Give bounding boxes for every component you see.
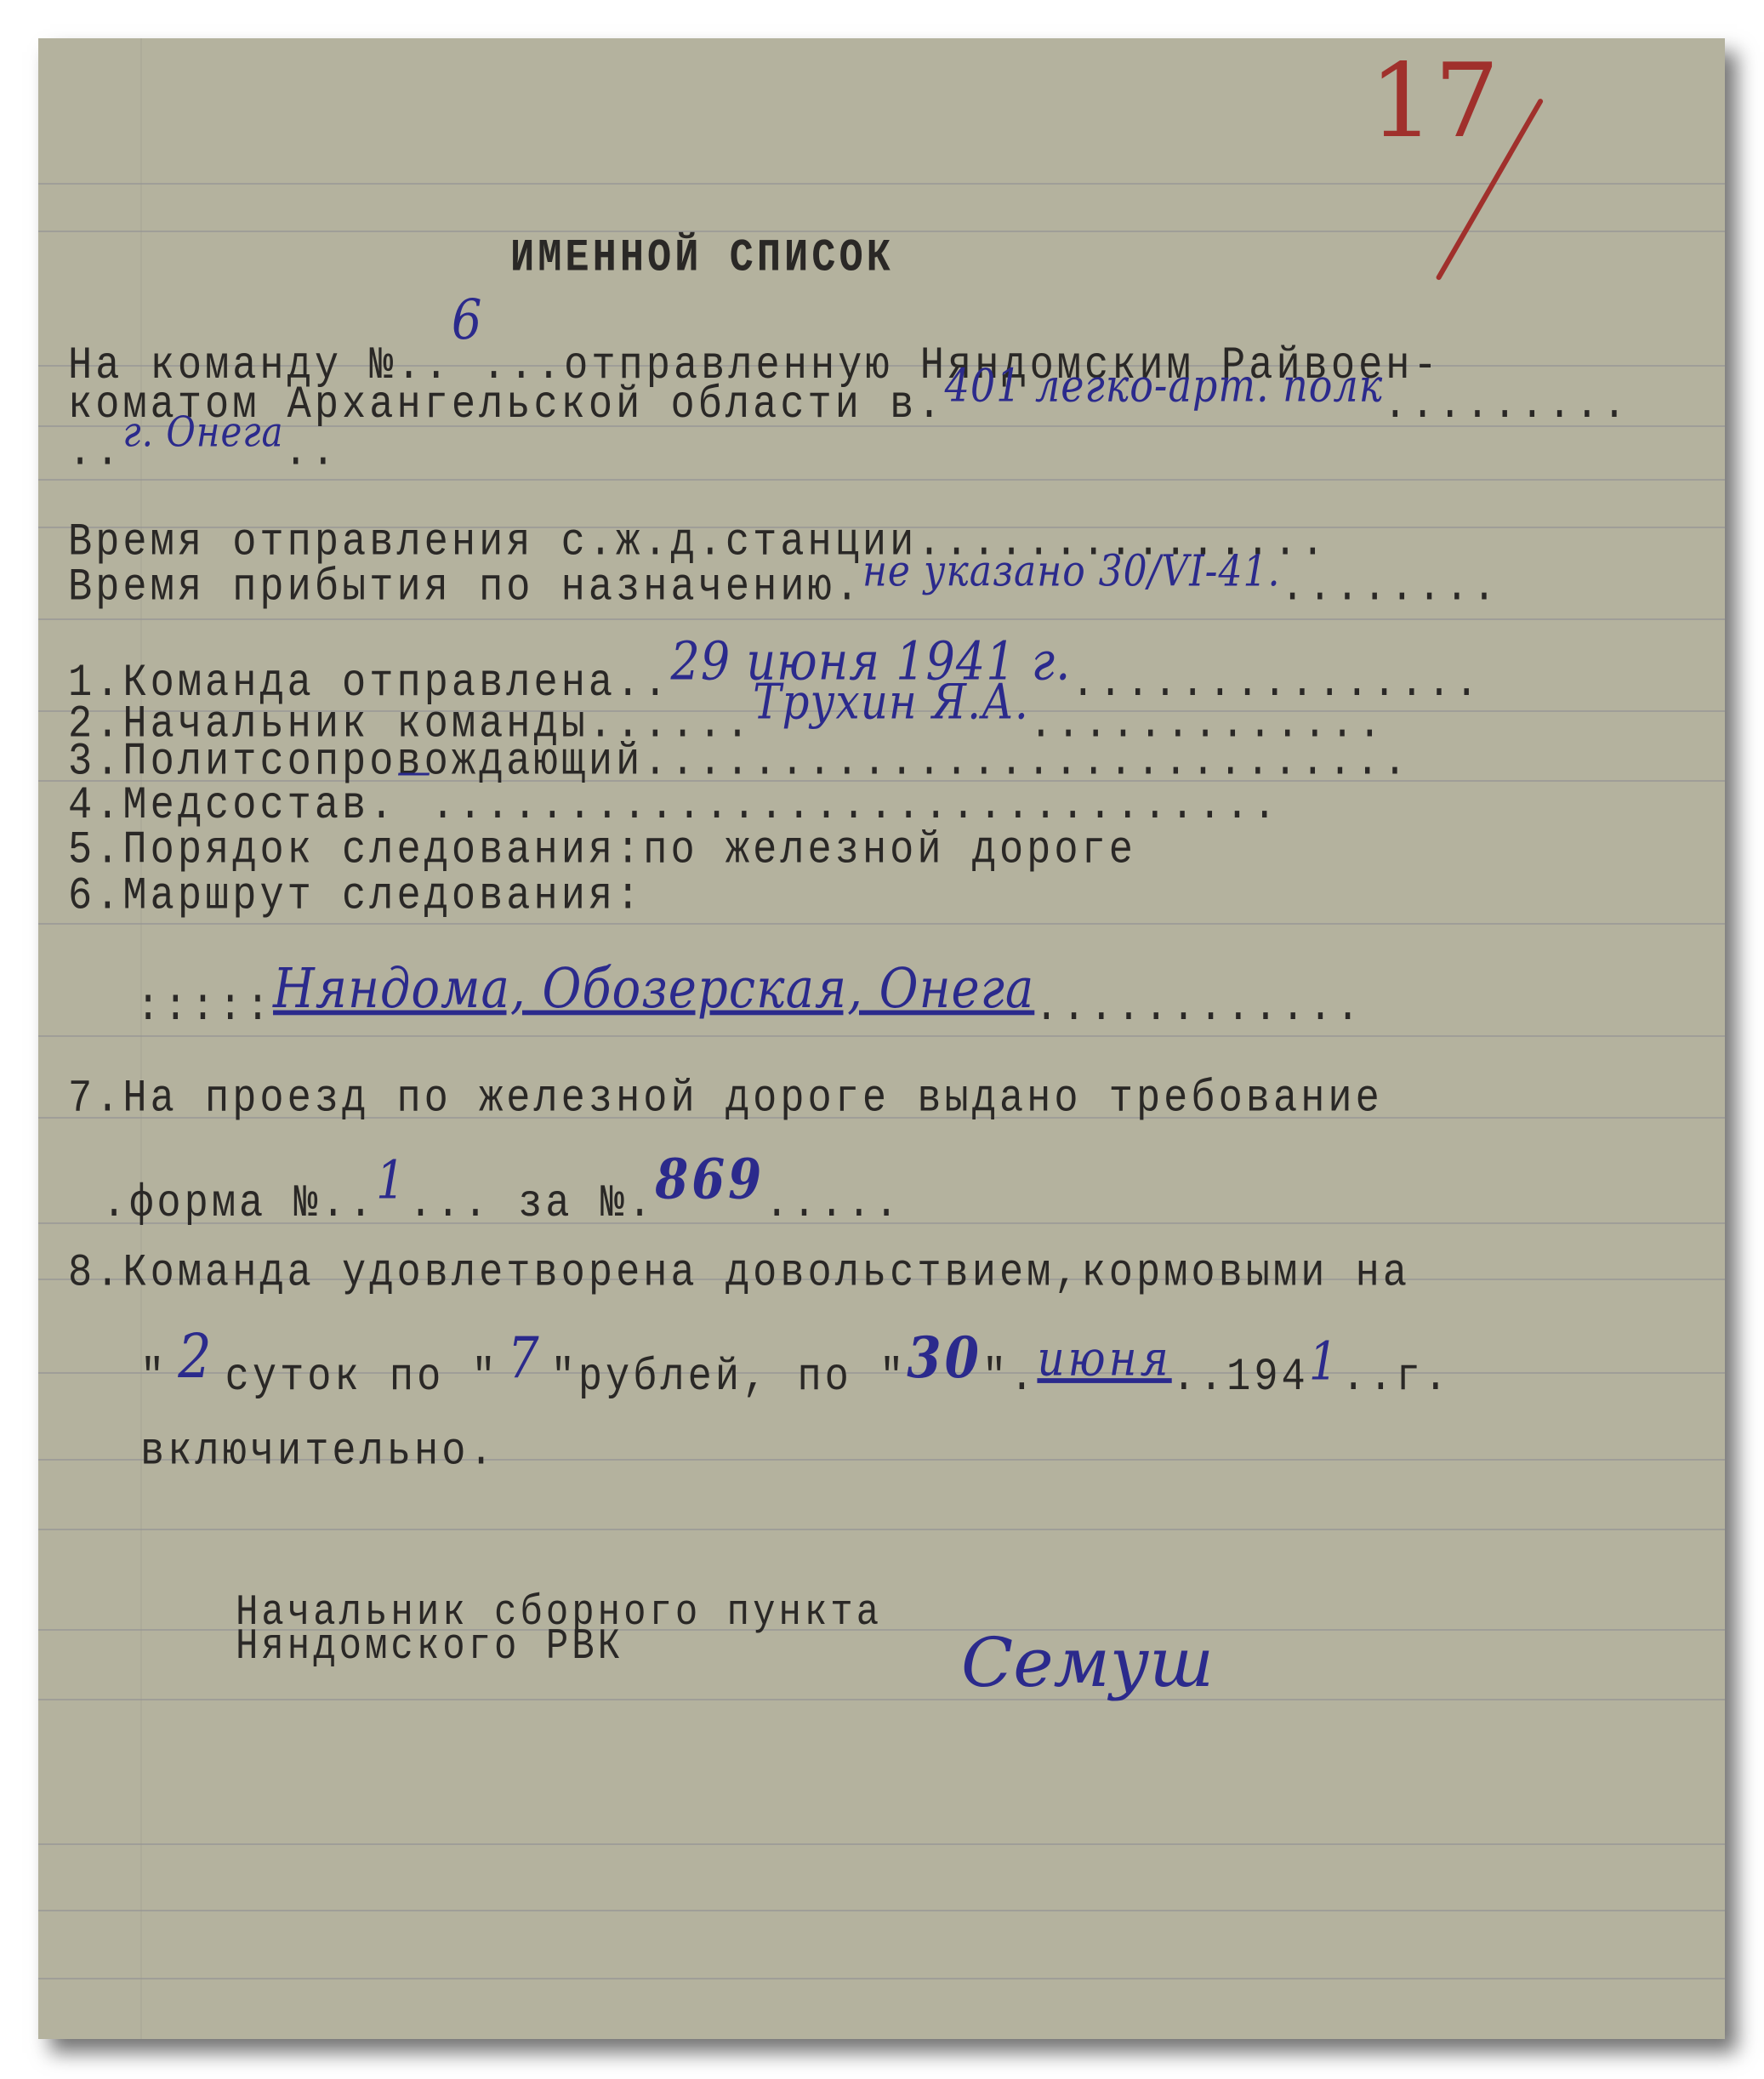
item-row: 5.Порядок следования:по железной дороге bbox=[68, 828, 1136, 874]
item-value-team-leader: Трухин Я.А. bbox=[753, 674, 1029, 731]
inclusive-text: включительно. bbox=[140, 1429, 497, 1475]
ruled-line bbox=[38, 1035, 1725, 1037]
year-digit: 1 bbox=[1309, 1330, 1341, 1392]
route-row: :::::Няндома, Обозерская, Онега.........… bbox=[136, 974, 1363, 1031]
item-row: 4.Медсостав.—...........................… bbox=[68, 783, 1280, 829]
arrival-label: Время прибытия по назначению. bbox=[68, 562, 862, 614]
form-mid: ... за №. bbox=[408, 1178, 655, 1230]
arrival-value: не указано 30/VI-41. bbox=[862, 546, 1281, 596]
team-number: 6 bbox=[452, 288, 482, 352]
until-month: июня bbox=[1037, 1330, 1171, 1387]
item7-text: 7.На проезд по железной дороге выдано тр… bbox=[68, 1076, 1383, 1122]
signatory-title-line2: Няндомского РВК bbox=[236, 1626, 623, 1669]
route-value: Няндома, Обозерская, Онега bbox=[273, 957, 1034, 1021]
item-number: 5. bbox=[68, 825, 122, 877]
year-prefix: ..194 bbox=[1172, 1352, 1309, 1404]
ruled-line bbox=[38, 1978, 1725, 1979]
route-dots: ............ bbox=[1034, 982, 1363, 1034]
document-sheet: 17 ИМЕННОЙ СПИСОК На команду №..6...отпр… bbox=[38, 38, 1725, 2039]
item-number: 6. bbox=[68, 871, 122, 923]
rubles-label: "рублей, по " bbox=[551, 1352, 908, 1404]
days-label: суток по " bbox=[225, 1352, 499, 1404]
ruled-line bbox=[38, 479, 1725, 481]
requisition-number: 869 bbox=[655, 1148, 765, 1212]
days-count: 2 bbox=[178, 1320, 214, 1392]
item8-allowance-row: "2суток по "7"рублей, по "30".июня..1941… bbox=[140, 1338, 1451, 1401]
handwritten-signature: Семуш bbox=[961, 1629, 1214, 1697]
intro-line2: коматом Архангельской области в.401 легк… bbox=[68, 379, 1630, 429]
arrival-dots: ........ bbox=[1280, 562, 1499, 614]
until-day: 30 bbox=[907, 1324, 982, 1391]
item-row: 6.Маршрут следования: bbox=[68, 874, 643, 920]
form-dots: ..... bbox=[765, 1178, 902, 1230]
form-prefix: .форма №.. bbox=[102, 1178, 376, 1230]
item-label: Порядок следования:по железной дороге bbox=[122, 825, 1136, 877]
item-row: 3.Политсопровождающий...................… bbox=[68, 739, 1410, 785]
arrival-time-row: Время прибытия по назначению.не указано … bbox=[68, 564, 1499, 611]
archive-sheet-number: 17 bbox=[1369, 51, 1499, 153]
item-value-medical-staff: — bbox=[396, 749, 430, 795]
item7-form-row: .форма №..1... за №.869..... bbox=[102, 1170, 902, 1227]
ruled-line bbox=[38, 618, 1725, 620]
destination-city: г. Онега bbox=[122, 408, 283, 456]
intro-line3: ..г. Онега.. bbox=[68, 430, 339, 476]
ruled-line bbox=[38, 923, 1725, 925]
ruled-line bbox=[38, 1699, 1725, 1700]
intro-line3-prefix: .. bbox=[68, 427, 122, 479]
unit-dots: . bbox=[917, 379, 944, 431]
document-title: ИМЕННОЙ СПИСОК bbox=[510, 236, 894, 282]
destination-unit: 401 легко-арт. полк bbox=[945, 359, 1384, 412]
item8-text: 8.Команда удовлетворена довольствием,кор… bbox=[68, 1250, 1410, 1296]
until-mid: ". bbox=[982, 1352, 1037, 1404]
quote: " bbox=[140, 1352, 168, 1404]
departure-label: Время отправления с.ж.д.станции bbox=[68, 517, 917, 569]
intro-line2-dots: ......... bbox=[1383, 379, 1630, 431]
year-suffix: ..г. bbox=[1341, 1352, 1451, 1404]
ruled-line bbox=[38, 1843, 1725, 1845]
route-prefix: ::::: bbox=[136, 982, 273, 1034]
item-label: Маршрут следования: bbox=[122, 871, 643, 923]
form-number: 1 bbox=[376, 1149, 408, 1210]
ruled-line bbox=[38, 183, 1725, 185]
ruled-line bbox=[38, 1910, 1725, 1911]
rubles-amount: 7 bbox=[508, 1324, 543, 1391]
ruled-line bbox=[38, 1529, 1725, 1530]
intro-line3-suffix: .. bbox=[284, 427, 339, 479]
